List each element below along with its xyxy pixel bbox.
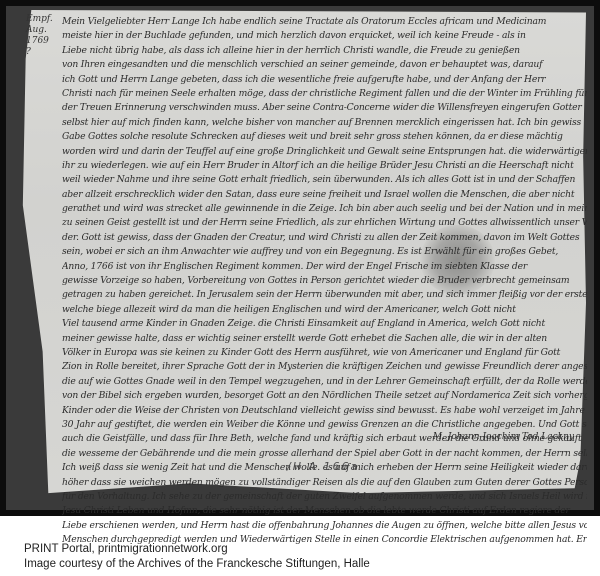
manuscript-line: der. Gott ist gewiss, dass der Gnaden de… <box>62 231 587 245</box>
manuscript-line: Gabe Gottes solche resolute Schrecken au… <box>62 130 587 144</box>
caption-credit: Image courtesy of the Archives of the Fr… <box>24 557 370 572</box>
manuscript-line: getragen zu haben gereichet. In Jerusale… <box>62 288 587 302</box>
manuscript-line: Mein Vielgeliebter Herr Lange Ich habe e… <box>62 15 587 29</box>
manuscript-line: selbst hier auf mich finden kann, welche… <box>62 116 587 130</box>
manuscript-line: Zion in Rolle bereitet, ihrer Sprache Go… <box>62 360 587 374</box>
margin-note-line: Empf. <box>26 14 56 25</box>
margin-note-line: Aug. <box>26 25 56 36</box>
manuscript-line: zu seinen Geist gestellt ist und der Her… <box>62 216 587 230</box>
manuscript-line: Anno, 1766 ist von ihr Englischen Regime… <box>62 260 587 274</box>
manuscript-line: aber allzeit erschrecklich wider den Sat… <box>62 188 587 202</box>
manuscript-line: ich Gott und Herrn Lange gebeten, dass i… <box>62 73 587 87</box>
manuscript-line: meiner gewisse halte, dass er wichtig se… <box>62 332 587 346</box>
margin-note-line: 1769 <box>26 36 56 47</box>
manuscript-line: Liebe nicht übrig habe, als dass ich all… <box>62 44 587 58</box>
caption-source: PRINT Portal, printmigrationnetwork.org <box>24 542 370 557</box>
manuscript-line: die auf wie Gottes Gnade weil in den Tem… <box>62 375 587 389</box>
manuscript-line: Viel tausend arme Kinder in Gnaden Zeige… <box>62 317 587 331</box>
manuscript-line: Christi nach für meinen Seele erhalten m… <box>62 87 587 101</box>
signature: M. Johann Joachim Tod Lackny <box>433 432 574 442</box>
manuscript-line: der Treuen Erinnerung verschwinden muss.… <box>62 101 587 115</box>
manuscript-line: höher dass sie weichen werden mögen zu v… <box>62 476 587 490</box>
manuscript-line: von der Bibel sich ergeben wurden, besor… <box>62 389 587 403</box>
manuscript-line: weil wieder Nahme und ihre seine Gott er… <box>62 173 587 187</box>
margin-date-note: Empf. Aug. 1769 ? <box>26 14 56 58</box>
manuscript-line: gewisse Vorzeige so haben, Vorbereitung … <box>62 274 587 288</box>
manuscript-line: von Ihren eingesandten und die menschlic… <box>62 58 587 72</box>
manuscript-line: die wesseme der Gebährende und die mein … <box>62 447 587 461</box>
manuscript-line: sein, wobei er sich an ihm Anwachter wie… <box>62 245 587 259</box>
manuscript-line: worden wird und darin der Teuffel auf ei… <box>62 145 587 159</box>
image-caption: PRINT Portal, printmigrationnetwork.org … <box>24 542 370 572</box>
manuscript-line: für den Vorhaltung. Ich sehe zu der geme… <box>62 490 587 504</box>
manuscript-line: Liebe erschienen werden, und Herrn hast … <box>62 519 587 533</box>
margin-note-line: ? <box>26 47 56 58</box>
manuscript-line: gerathet und wird was strecket alle gewi… <box>62 202 587 216</box>
scan-frame: Empf. Aug. 1769 ? Mein Vielgeliebter Her… <box>0 0 600 516</box>
archive-shelfmark: /H A 166a <box>287 460 359 473</box>
manuscript-line: Kinder oder die Weise der Christen von D… <box>62 404 587 418</box>
manuscript-line: meiste hier in der Buchlade gefunden, un… <box>62 29 587 43</box>
manuscript-line: Jesu Christi Leben und Hofmn, die sehr n… <box>62 504 587 518</box>
manuscript-line: 30 Jahr auf gestiftet, die werden ein We… <box>62 418 587 432</box>
manuscript-line: Völker in Europa was sie keinen zu Kinde… <box>62 346 587 360</box>
manuscript-line: ihr zu wiederlegen. wie auf ein Herr Bru… <box>62 159 587 173</box>
manuscript-line: welche biege allezeit wird da man die he… <box>62 303 587 317</box>
